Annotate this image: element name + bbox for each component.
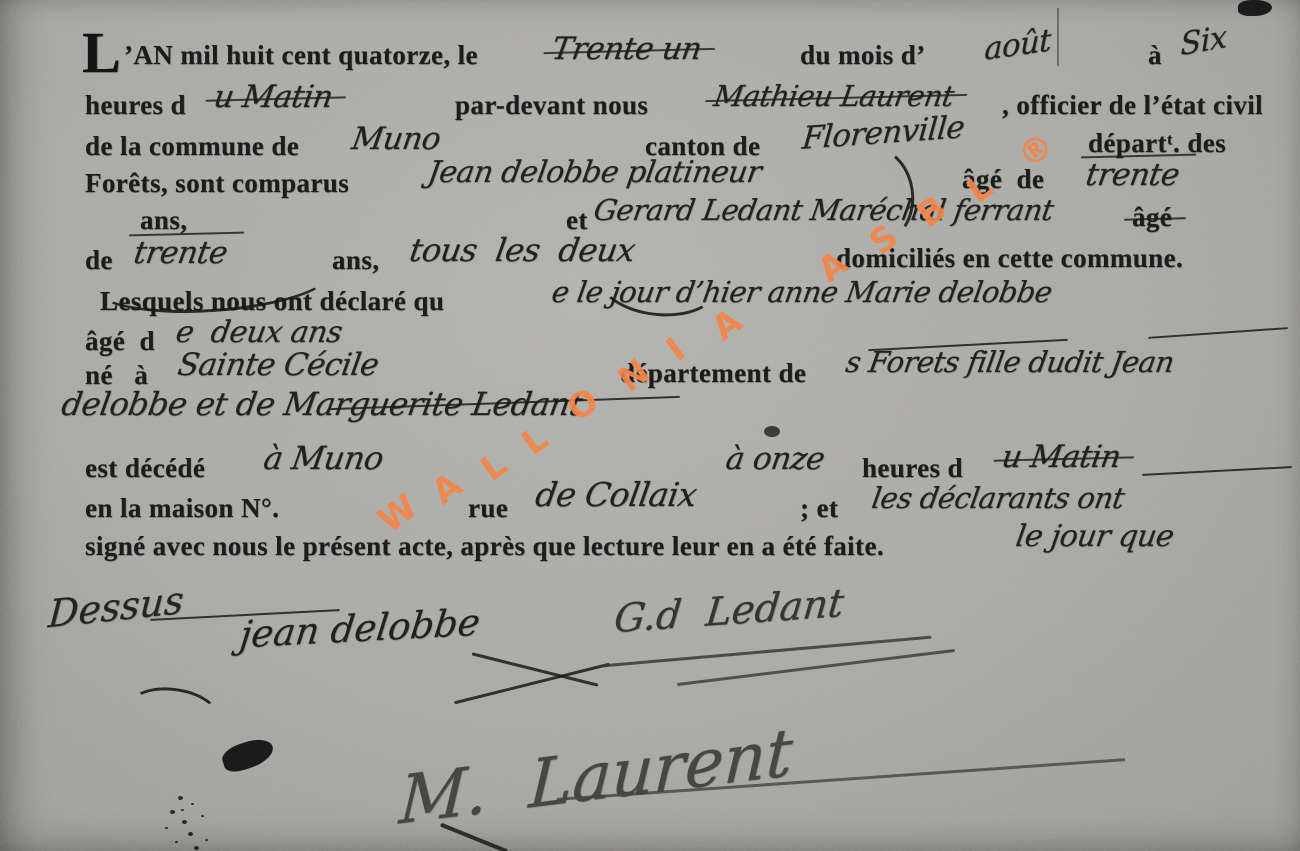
watermark-letter: L	[959, 166, 1000, 211]
scanned-death-record-page: L’AN mil huit cent quatorze, leTrente un…	[0, 0, 1300, 851]
watermark-letter: B	[910, 188, 954, 236]
watermark-letter: L	[514, 418, 555, 463]
watermark-letter: A	[705, 301, 750, 349]
watermark-layer: WALLONIAASBL®	[0, 0, 1300, 851]
watermark-letter: O	[560, 380, 607, 429]
watermark-letter: S	[862, 217, 905, 264]
watermark-letter: N	[611, 351, 658, 400]
watermark-letter: A	[425, 465, 470, 513]
watermark-letter: A	[811, 243, 856, 291]
watermark-letter: L	[473, 444, 514, 489]
watermark-letter: W	[371, 487, 425, 541]
watermark-letter: I	[659, 330, 693, 370]
watermark-letter: ®	[1010, 125, 1061, 177]
